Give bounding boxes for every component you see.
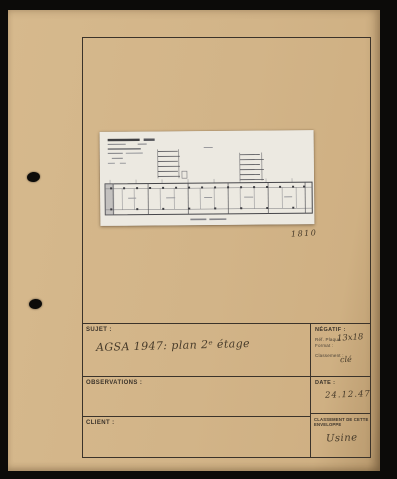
negatif-field: NÉGATIF : Réf. Plaque Format : 13x18 Cla… [311, 324, 371, 377]
observations-label: OBSERVATIONS : [86, 380, 142, 386]
date-handwritten-value: 24.12.47 [325, 389, 371, 401]
negatif-format-handwritten-value: 13x18 [337, 332, 364, 344]
sujet-handwritten-value: AGSA 1947: plan 2ᵉ étage [96, 337, 250, 354]
classement-field: CLASSEMENT DE CETTE ENVELOPPE Usine [311, 414, 371, 458]
classement-label: CLASSEMENT DE CETTE ENVELOPPE [314, 417, 369, 427]
sujet-field: SUJET : AGSA 1947: plan 2ᵉ étage [82, 324, 310, 377]
floor-plan-photograph [100, 130, 315, 226]
scanned-archive-envelope: 1810 SUJET : AGSA 1947: plan 2ᵉ étage OB… [0, 0, 397, 479]
punch-hole-top [26, 171, 40, 183]
date-label: DATE : [315, 380, 335, 386]
client-field: CLIENT : [82, 417, 310, 458]
sujet-label: SUJET : [86, 327, 112, 333]
classement-handwritten-value: Usine [326, 432, 358, 444]
negatif-classement-handwritten-value: clé [340, 355, 352, 364]
envelope-form: SUJET : AGSA 1947: plan 2ᵉ étage OBSERVA… [82, 323, 371, 458]
negatif-label: NÉGATIF : [315, 327, 346, 333]
date-field: DATE : 24.12.47 [311, 377, 371, 414]
handwritten-reference-number: 1810 [291, 228, 318, 238]
observations-field: OBSERVATIONS : [82, 377, 310, 417]
floor-plan-drawing [100, 130, 315, 226]
negatif-format-label: Format : [315, 343, 333, 348]
client-label: CLIENT : [86, 420, 115, 426]
form-right-column: NÉGATIF : Réf. Plaque Format : 13x18 Cla… [310, 324, 371, 458]
form-left-column: SUJET : AGSA 1947: plan 2ᵉ étage OBSERVA… [82, 324, 310, 458]
kraft-envelope-paper: 1810 SUJET : AGSA 1947: plan 2ᵉ étage OB… [8, 10, 380, 471]
punch-hole-bottom [29, 298, 43, 309]
